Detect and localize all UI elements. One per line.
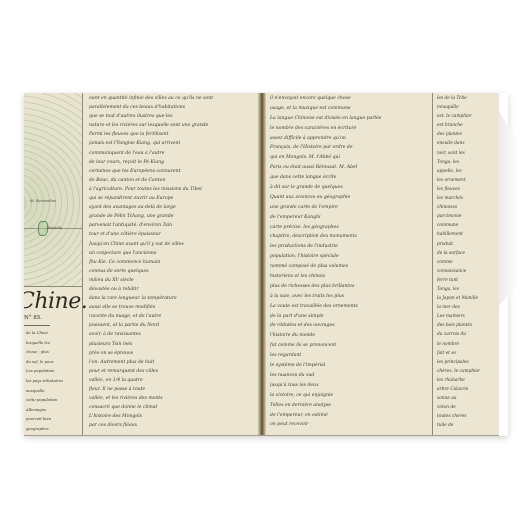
text-line: à l'agriculture. Pour toutes les mission…: [89, 185, 257, 194]
text-line: la Japon et Manille: [437, 294, 499, 303]
text-line: plus de richesses des plus brillantes: [270, 282, 431, 292]
text-line: les regardant: [270, 351, 431, 361]
text-line: jusqu'à tous les deux: [270, 381, 431, 391]
text-line: de réduites et des ouvrages: [270, 321, 431, 331]
text-line: cette population: [26, 395, 80, 405]
text-line: est branche: [437, 121, 499, 130]
text-line: nommé composé de plus volumes: [270, 262, 431, 272]
text-line: Français, de l'Histoire par ordre de: [270, 143, 431, 153]
map-label: St. Bernardino: [30, 199, 56, 203]
text-line: une grande carte de l'empire: [270, 203, 431, 213]
bottom-rule: [24, 435, 499, 436]
card-fold: [497, 108, 519, 308]
text-line: qui se répandirent ouvrir au Europe: [89, 194, 257, 203]
text-line: ount en quantité infinie des villes au c…: [89, 94, 257, 103]
text-line: aussi elle se trouve modifiée: [89, 303, 257, 312]
text-line: population, l'histoire spéciale: [270, 252, 431, 262]
text-line: à la suie, avec les traits les plus: [270, 292, 431, 302]
text-line: les marchés: [437, 194, 499, 203]
text-line: Jusqu'en Chine avant qu'il y eut de vill…: [89, 240, 257, 249]
text-line: le nombre des caractères en écriture: [270, 124, 431, 134]
text-line: vallée, et les rivières des monts: [89, 394, 257, 403]
text-line: pourrait bien: [26, 414, 80, 424]
text-line: on peut recevoir: [270, 420, 431, 430]
text-line: innaquille: [437, 103, 499, 112]
text-line: Tonga, les: [437, 158, 499, 167]
text-line: sonne au: [437, 394, 499, 403]
text-line: l'on. Autrement plus de huit: [89, 358, 257, 367]
text-line: lesquelle les: [26, 338, 80, 348]
text-line: de la surface: [437, 249, 499, 258]
text-line: Tonga, les: [437, 285, 499, 294]
text-line: nature et les rivières sur lesquelle son…: [89, 121, 257, 130]
text-line: de la part d'une simple: [270, 312, 431, 322]
text-line: que se tout d'autres ilustres que les: [89, 112, 257, 121]
text-line: tuile de: [437, 421, 499, 430]
plate-number: N° 85.: [24, 315, 42, 321]
text-line: les rhubarbe: [437, 376, 499, 385]
text-line: la mer des: [437, 303, 499, 312]
text-column-c: les de la Tcheinnaquilleest. le camphier…: [433, 93, 499, 436]
text-line: du sol, le pour: [26, 357, 80, 367]
text-line: carte précise. les géographes: [270, 223, 431, 233]
text-line: ensuite dans: [437, 139, 499, 148]
text-line: est. le camphier: [437, 112, 499, 121]
text-line: Jhu Kie. Ce commence humain: [89, 258, 257, 267]
text-line: milieu du XV siècle: [89, 276, 257, 285]
text-line: chose ; plus: [26, 347, 80, 357]
text-line: chinoises: [437, 203, 499, 212]
text-line: un conjecture que l'ancienne: [89, 249, 257, 258]
text-line: de l'empereur Kanghi: [270, 213, 431, 223]
text-line: Quant aux sciences ou géographie: [270, 193, 431, 203]
text-line: des bois plantés: [437, 321, 499, 330]
text-line: Parmi les fleuves que la fertilisent: [89, 130, 257, 139]
text-line: Les population: [26, 366, 80, 376]
text-line: historiens et les chinois: [270, 272, 431, 282]
page-title: Chine.: [24, 289, 87, 314]
left-panel: St. Bernardino Estrella Chine. N° 85. de…: [24, 93, 82, 436]
text-line: plusieurs Tsin inés: [89, 340, 257, 349]
text-line: habillement: [437, 230, 499, 239]
text-line: que dans cette langue écrite: [270, 173, 431, 183]
text-line: jouissent, et la partie du Nord: [89, 321, 257, 330]
text-line: usage, et la musique est commune: [270, 104, 431, 114]
text-line: il n'envoyait encore quelque chose: [270, 94, 431, 104]
text-line: toutes cheres: [437, 412, 499, 421]
text-line: connaissance: [437, 267, 499, 276]
text-line: de Bouc, du canton et de Canton: [89, 176, 257, 185]
text-line: chères, le camphier: [437, 367, 499, 376]
text-line: à dit sur le grande de quelques: [270, 183, 431, 193]
text-line: du carrois du: [437, 330, 499, 339]
text-line: par ces divers fléaux: [89, 421, 257, 430]
text-line: arbre Calasrie: [437, 385, 499, 394]
text-line: parallelement du ces beaux d'habitations: [89, 103, 257, 112]
text-line: parvenait l'antiquité. d'environ Tsin: [89, 221, 257, 230]
text-line: L'histoire des Mongols: [89, 412, 257, 421]
title-block: Chine. N° 85. de la Chinelesquelle lesch…: [24, 287, 82, 436]
text-line: les nuances du sud: [270, 371, 431, 381]
text-line: chapitre, description des monuments: [270, 232, 431, 242]
text-line: La langue Chinoise est divisée en langue…: [270, 114, 431, 124]
text-line: comme: [437, 258, 499, 267]
text-line: qui en Mongols. M. l'Abbé qui: [270, 153, 431, 163]
text-line: fleur. Il ne passe à toute: [89, 385, 257, 394]
text-line: dévastée ou à rebâtir: [89, 285, 257, 294]
text-line: des plantes: [437, 130, 499, 139]
text-line: les fleuves: [437, 185, 499, 194]
text-line: noir, sont les: [437, 149, 499, 158]
text-line: fut comme ils se prononcent: [270, 341, 431, 351]
text-line: les principales: [437, 358, 499, 367]
text-line: de l'empereur, en estimé: [270, 411, 431, 421]
text-line: tour et d'une côtière épaisseur: [89, 230, 257, 239]
text-line: ayant des avantages au-delà de large: [89, 203, 257, 212]
text-line: les productions de l'industrie: [270, 242, 431, 252]
text-column-left-small: de la Chinelesquelle leschose ; plusdu s…: [24, 328, 82, 434]
text-line: la victoire, ce qui enjoignie: [270, 391, 431, 401]
text-line: Les mamiers: [437, 312, 499, 321]
page-gutter: [258, 93, 266, 436]
text-line: raconte du nuage, et de l'autre: [89, 312, 257, 321]
text-line: Paris ou était aussi Rémusat. M. Abel: [270, 163, 431, 173]
text-line: le nombre: [437, 340, 499, 349]
text-line: de leur cours, reçoit le Pé Kiang: [89, 158, 257, 167]
text-line: pour et remarquent des villes: [89, 367, 257, 376]
text-line: consacré que donne le climat: [89, 403, 257, 412]
map-label: Estrella: [48, 226, 62, 230]
document-page: St. Bernardino Estrella Chine. N° 85. de…: [24, 93, 499, 436]
text-line: grande de Pélin Tchang, une grande: [89, 212, 257, 221]
text-column-b: il n'envoyait encore quelque choseusage,…: [267, 93, 431, 436]
text-line: connus de sorte quelques: [89, 267, 257, 276]
text-line: l'histoire du monde: [270, 331, 431, 341]
text-line: avoir, à de ravissantes: [89, 330, 257, 339]
text-line: appelle, les: [437, 167, 499, 176]
text-line: fait et se: [437, 349, 499, 358]
text-line: dans la rare longueur. la température: [89, 294, 257, 303]
text-line: certaines que les Européens connurent: [89, 167, 257, 176]
text-line: jamais est l'Yangtse Kiang, qui arrivent: [89, 139, 257, 148]
text-line: commune: [437, 221, 499, 230]
text-line: les de la Tche: [437, 94, 499, 103]
text-column-a: ount en quantité infinie des villes au c…: [83, 93, 257, 436]
text-line: coton de: [437, 403, 499, 412]
island-outline: [38, 221, 48, 236]
text-line: parcimonie: [437, 212, 499, 221]
text-line: les pays tributaires: [26, 376, 80, 386]
text-line: le système de l'impérial: [270, 361, 431, 371]
text-line: les ornement: [437, 176, 499, 185]
text-line: vallée, en 1/4 la quatre: [89, 376, 257, 385]
text-line: auxquelle: [26, 386, 80, 396]
text-line: ferre tant: [437, 276, 499, 285]
inset-map: St. Bernardino Estrella: [24, 93, 83, 287]
text-line: Telles en dernière analyse: [270, 401, 431, 411]
text-line: Allemagne: [26, 405, 80, 415]
title-rule: [24, 325, 50, 326]
text-line: assez difficile à apprendre qu'on: [270, 134, 431, 144]
text-line: produit: [437, 240, 499, 249]
text-line: communiquent de l'eau à l'autre: [89, 149, 257, 158]
text-line: La voute est travaillée des ornements: [270, 302, 431, 312]
text-line: geographes: [26, 424, 80, 434]
text-line: de la Chine: [26, 328, 80, 338]
text-line: près on se épreuve: [89, 349, 257, 358]
